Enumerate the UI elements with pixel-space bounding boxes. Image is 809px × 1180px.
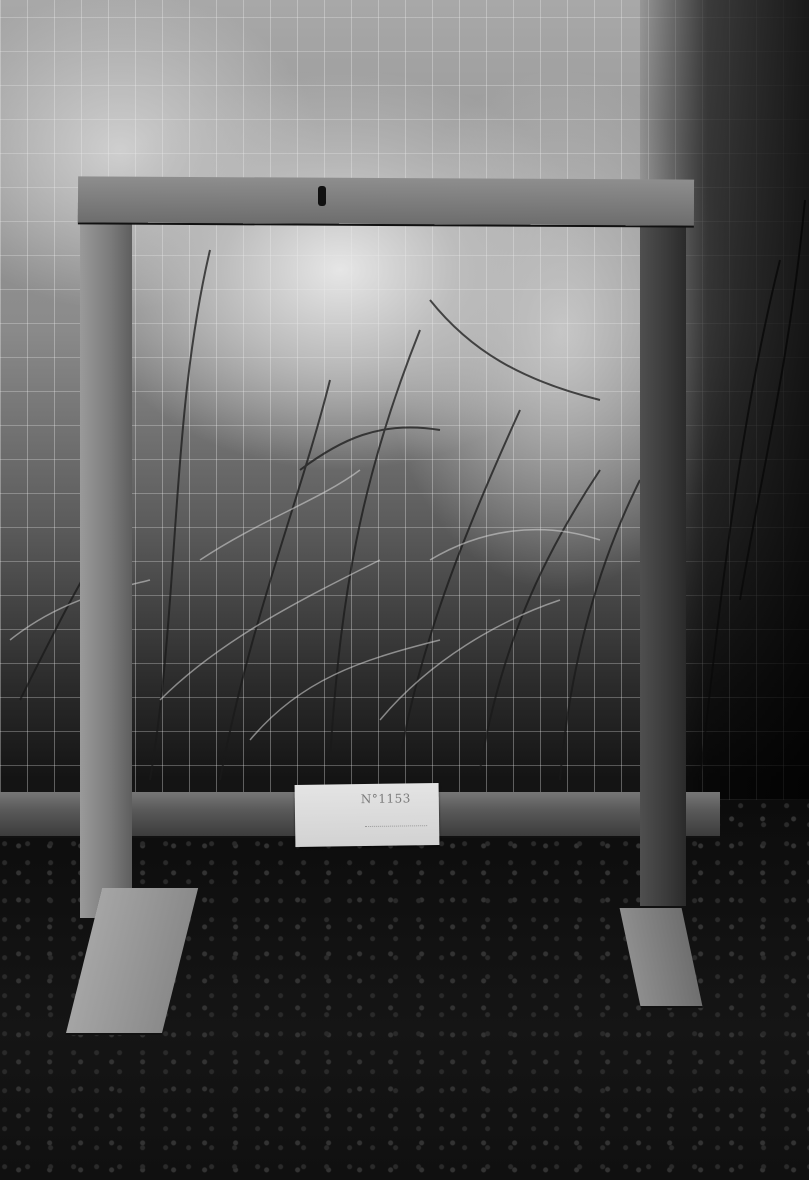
hook [318,186,326,206]
frame-left-post [80,222,132,918]
sign-dotted-line [365,825,427,827]
sign-label: N°1153 [361,791,411,806]
photograph: N°1153 [0,0,809,1180]
frame-right-post [640,226,686,906]
frame-top-beam [78,176,694,225]
number-sign: N°1153 [295,783,440,847]
